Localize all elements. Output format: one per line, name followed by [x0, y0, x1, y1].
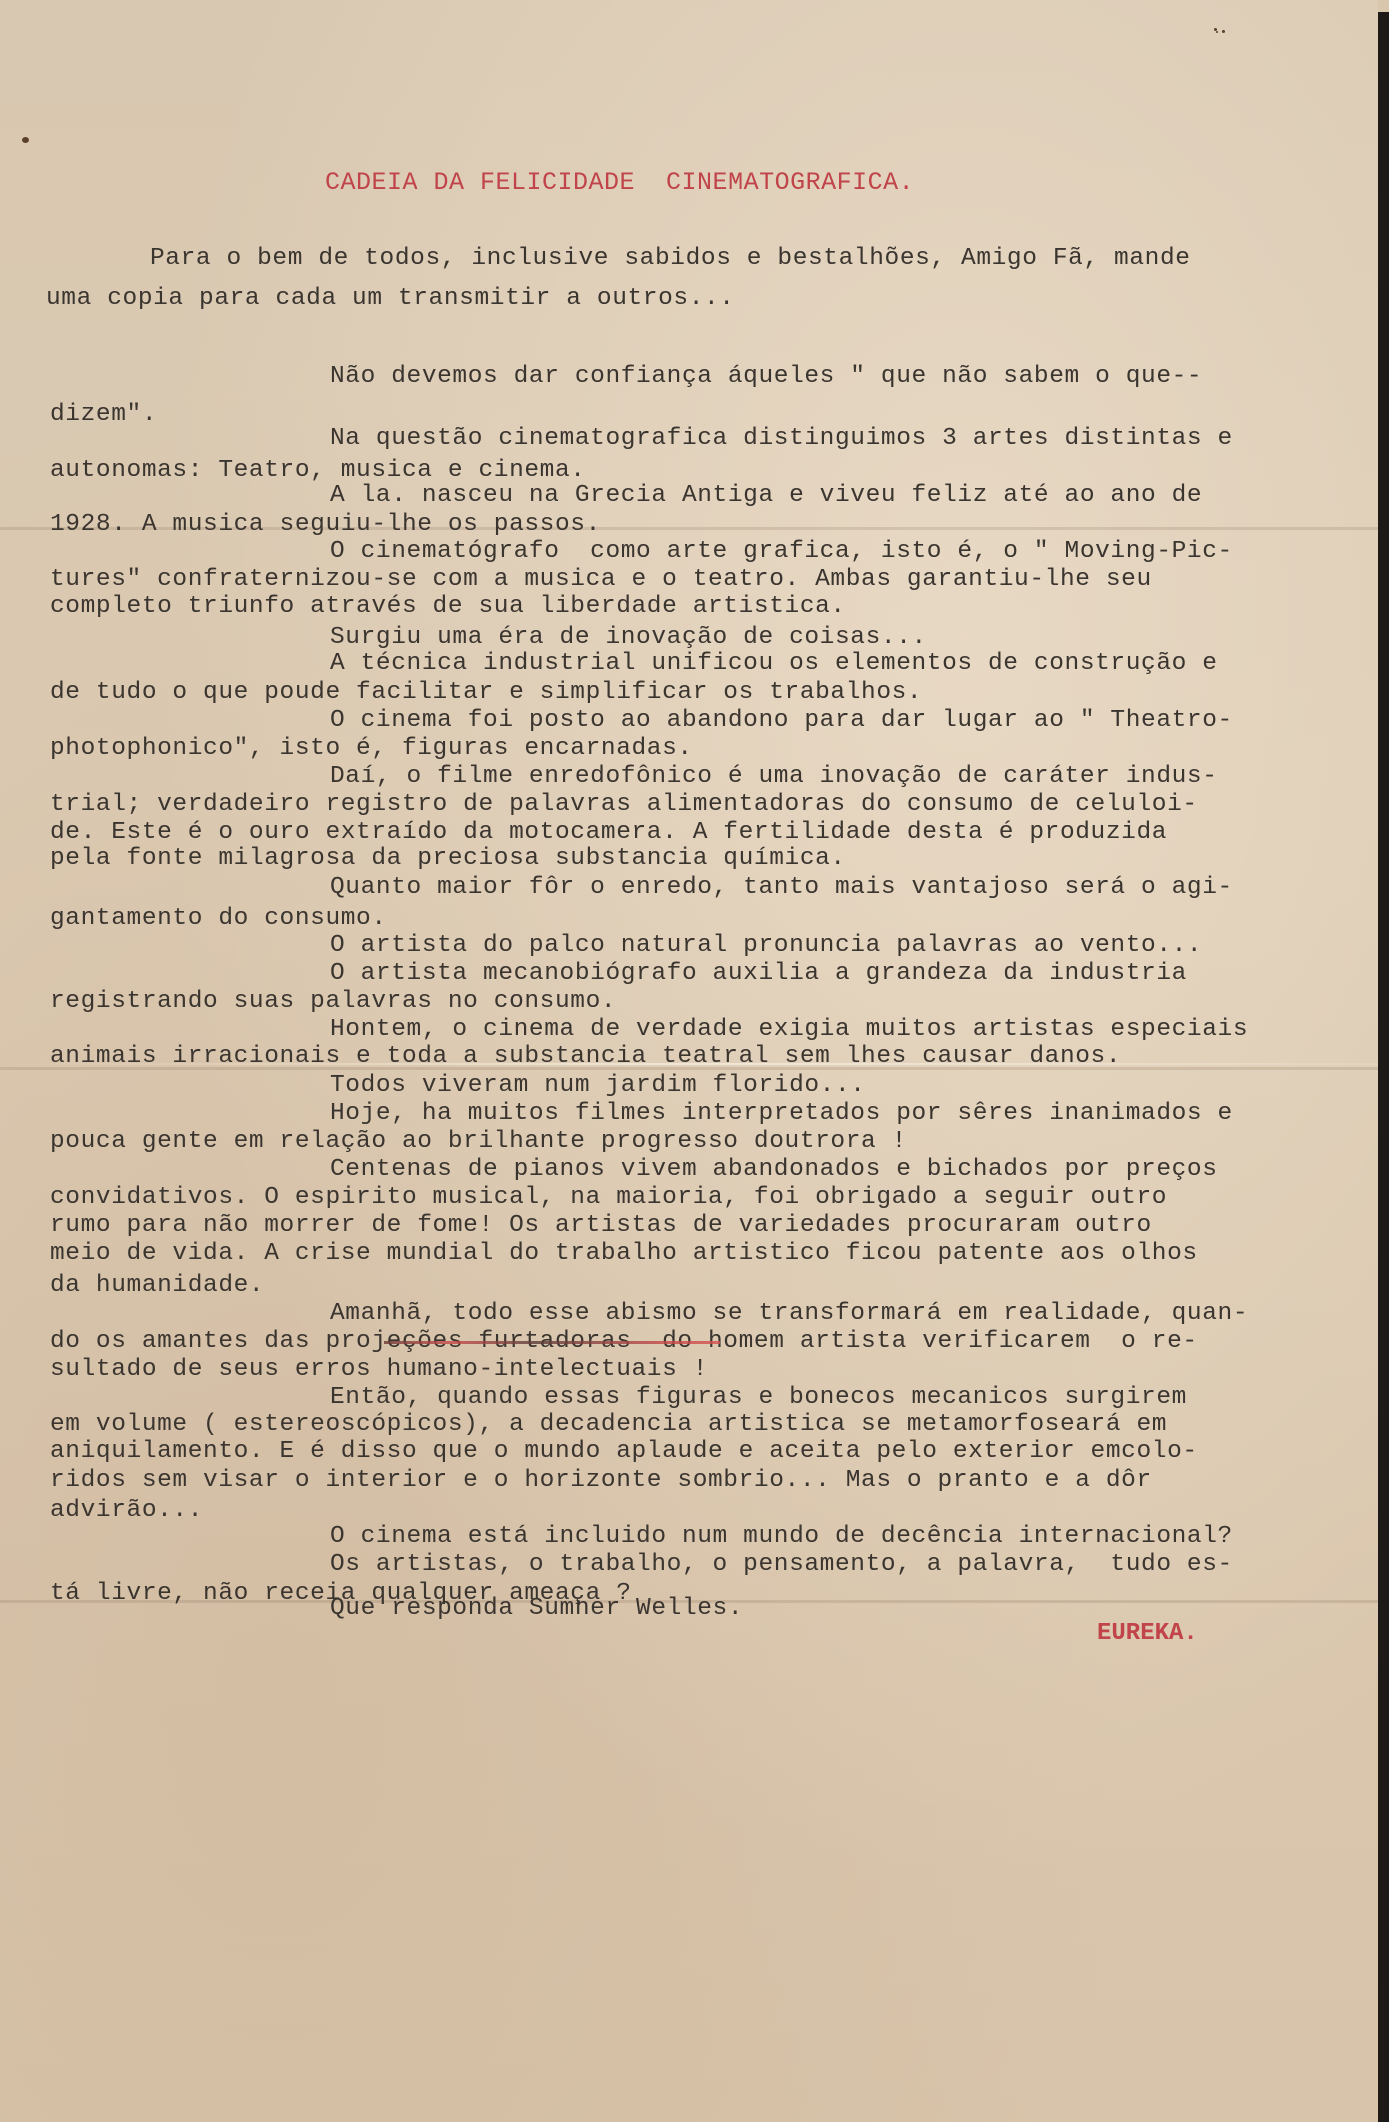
body-line: animais irracionais e toda a substancia … — [50, 1043, 1121, 1070]
body-line: photophonico", isto é, figuras encarnada… — [50, 735, 693, 762]
body-line: A técnica industrial unificou os element… — [330, 650, 1218, 677]
body-line: gantamento do consumo. — [50, 905, 387, 932]
body-line: Daí, o filme enredofônico é uma inovação… — [330, 763, 1218, 790]
body-line: advirão... — [50, 1497, 203, 1524]
body-line: trial; verdadeiro registro de palavras a… — [50, 791, 1198, 818]
body-line: meio de vida. A crise mundial do trabalh… — [50, 1240, 1198, 1267]
red-underline-mark — [384, 1341, 720, 1344]
signature: EUREKA. — [1097, 1620, 1198, 1647]
intro-line: Para o bem de todos, inclusive sabidos e… — [150, 245, 1191, 272]
body-line: A la. nasceu na Grecia Antiga e viveu fe… — [330, 482, 1202, 509]
document-title: CADEIA DA FELICIDADE CINEMATOGRAFICA. — [325, 168, 914, 197]
paper-sheet: CADEIA DA FELICIDADE CINEMATOGRAFICA. Pa… — [0, 0, 1378, 2122]
body-line: O artista do palco natural pronuncia pal… — [330, 932, 1202, 959]
body-line: Hontem, o cinema de verdade exigia muito… — [330, 1016, 1248, 1043]
body-line: de tudo o que poude facilitar e simplifi… — [50, 679, 922, 706]
body-line: convidativos. O espirito musical, na mai… — [50, 1184, 1167, 1211]
body-line: Então, quando essas figuras e bonecos me… — [330, 1384, 1187, 1411]
body-line: da humanidade. — [50, 1272, 264, 1299]
body-line: Hoje, ha muitos filmes interpretados por… — [330, 1100, 1233, 1127]
body-line: Não devemos dar confiança áqueles " que … — [330, 363, 1202, 390]
ink-speck — [22, 137, 29, 143]
body-line: Centenas de pianos vivem abandonados e b… — [330, 1156, 1218, 1183]
body-line: dizem". — [50, 401, 157, 428]
body-line: Surgiu uma éra de inovação de coisas... — [330, 624, 927, 651]
body-line: O cinema foi posto ao abandono para dar … — [330, 707, 1233, 734]
body-line: completo triunfo através de sua liberdad… — [50, 593, 846, 620]
body-line: ridos sem visar o interior e o horizonte… — [50, 1467, 1152, 1494]
body-line: 1928. A musica seguiu-lhe os passos. — [50, 511, 601, 538]
body-line: O artista mecanobiógrafo auxilia a grand… — [330, 960, 1187, 987]
body-line: autonomas: Teatro, musica e cinema. — [50, 457, 586, 484]
intro-line: uma copia para cada um transmitir a outr… — [46, 285, 735, 312]
body-line: Os artistas, o trabalho, o pensamento, a… — [330, 1551, 1233, 1578]
body-line: em volume ( estereoscópicos), a decadenc… — [50, 1411, 1167, 1438]
body-line: Que responda Sumner Welles. — [330, 1595, 743, 1622]
body-line: rumo para não morrer de fome! Os artista… — [50, 1212, 1152, 1239]
body-line: pela fonte milagrosa da preciosa substan… — [50, 845, 846, 872]
body-line: Quanto maior fôr o enredo, tanto mais va… — [330, 874, 1233, 901]
ink-speck — [1216, 31, 1218, 33]
body-line: de. Este é o ouro extraído da motocamera… — [50, 819, 1167, 846]
body-line: O cinematógrafo como arte grafica, isto … — [330, 538, 1233, 565]
ink-speck — [1222, 30, 1225, 33]
body-line: tures" confraternizou-se com a musica e … — [50, 566, 1152, 593]
body-line: registrando suas palavras no consumo. — [50, 988, 616, 1015]
body-line: aniquilamento. E é disso que o mundo apl… — [50, 1438, 1198, 1465]
body-line: Todos viveram num jardim florido... — [330, 1072, 866, 1099]
body-line: pouca gente em relação ao brilhante prog… — [50, 1128, 907, 1155]
scanner-edge — [1378, 12, 1389, 2122]
body-line: Na questão cinematografica distinguimos … — [330, 425, 1233, 452]
body-line: Amanhã, todo esse abismo se transformará… — [330, 1300, 1248, 1327]
body-line: sultado de seus erros humano-intelectuai… — [50, 1356, 708, 1383]
body-line: O cinema está incluido num mundo de decê… — [330, 1523, 1233, 1550]
